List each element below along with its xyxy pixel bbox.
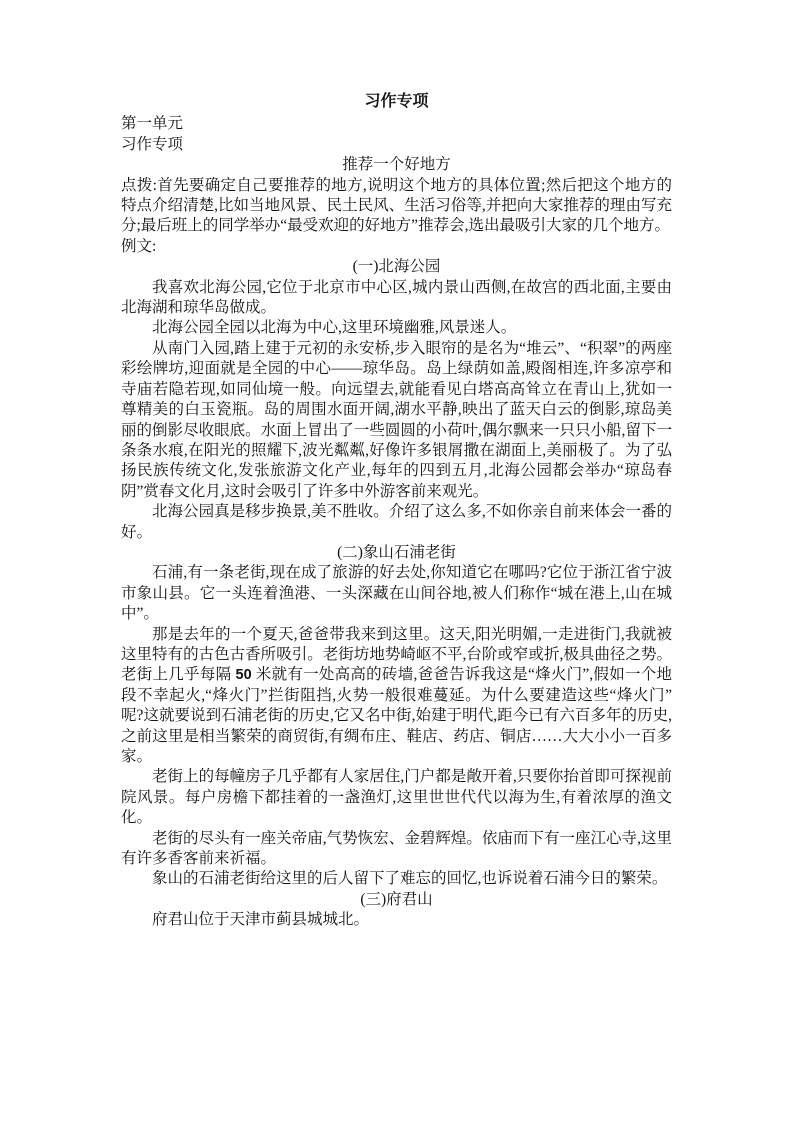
paragraph: 府君山位于天津市蓟县城城北。	[121, 910, 672, 930]
unit-label: 第一单元	[121, 114, 672, 134]
paragraph: 老街的尽头有一座关帝庙,气势恢宏、金碧辉煌。依庙而下有一座江心寺,这里有许多香客…	[121, 829, 672, 870]
example-label: 例文:	[121, 237, 672, 257]
essay-heading: (一)北海公园	[121, 257, 672, 277]
document-title: 习作专项	[121, 92, 672, 112]
paragraph: 北海公园真是移步换景,美不胜收。介绍了这么多,不如你亲自前来体会一番的好。	[121, 502, 672, 543]
essay-heading: (二)象山石浦老街	[121, 543, 672, 563]
intro-paragraph: 点拨:首先要确定自己要推荐的地方,说明这个地方的具体位置;然后把这个地方的特点介…	[121, 176, 672, 237]
paragraph: 象山的石浦老街给这里的后人留下了难忘的回忆,也诉说着石浦今日的繁荣。	[121, 869, 672, 889]
distance-number: 50	[236, 667, 252, 683]
paragraph: 北海公园全园以北海为中心,这里环境幽雅,风景迷人。	[121, 318, 672, 338]
essay-heading: (三)府君山	[121, 890, 672, 910]
document-page: 习作专项 第一单元 习作专项 推荐一个好地方 点拨:首先要确定自己要推荐的地方,…	[0, 0, 793, 1122]
paragraph: 从南门入园,踏上建于元初的永安桥,步入眼帘的是名为“堆云”、“积翠”的两座彩绘牌…	[121, 339, 672, 502]
section-label: 习作专项	[121, 135, 672, 155]
topic-title: 推荐一个好地方	[121, 155, 672, 175]
paragraph: 我喜欢北海公园,它位于北京市中心区,城内景山西侧,在故宫的西北面,主要由北海湖和…	[121, 278, 672, 319]
paragraph: 那是去年的一个夏天,爸爸带我来到这里。这天,阳光明媚,一走进街门,我就被这里特有…	[121, 625, 672, 768]
paragraph: 石浦,有一条老街,现在成了旅游的好去处,你知道它在哪吗?它位于浙江省宁波市象山县…	[121, 563, 672, 624]
paragraph: 老街上的每幢房子几乎都有人家居住,门户都是敞开着,只要你抬首即可探视前院风景。每…	[121, 767, 672, 828]
